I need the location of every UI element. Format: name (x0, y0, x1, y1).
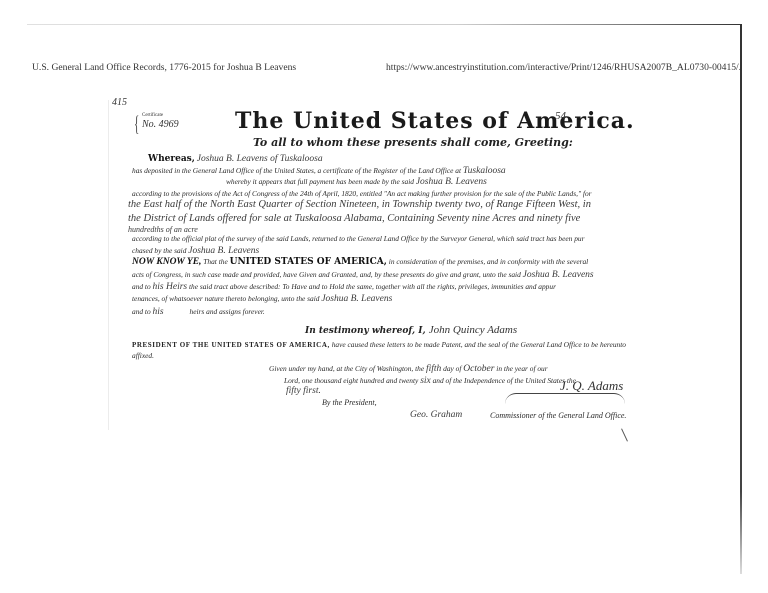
tenances-line: tenances, of whatsoever nature thereto b… (132, 294, 392, 304)
assigns-line: and to his heirs and assigns forever. (132, 307, 265, 317)
affixed-line: affixed. (132, 351, 154, 360)
given-line: Given under my hand, at the City of Wash… (269, 364, 548, 374)
salutation: To all to whom these presents shall come… (253, 136, 573, 149)
land-office-location: Tuskaloosa (463, 166, 506, 176)
signature-flourish (505, 393, 625, 404)
president-line: PRESIDENT OF THE UNITED STATES OF AMERIC… (132, 340, 626, 349)
commissioner-title: Commissioner of the General Land Office. (490, 411, 626, 420)
acreage-line: hundredths of an acre (128, 225, 198, 234)
month-value: October (463, 364, 494, 374)
certificate-number: No. 4969 (142, 119, 179, 130)
district-line: the District of Lands offered for sale a… (128, 213, 580, 224)
document-title: The United States of America. (235, 108, 635, 134)
by-the-president: By the President, (322, 398, 377, 407)
land-description-line: the East half of the North East Quarter … (128, 199, 591, 210)
heirs-line: and to his Heirs the said tract above de… (132, 282, 556, 292)
commissioner-signature: Geo. Graham (410, 410, 462, 420)
stray-mark (621, 428, 628, 441)
president-signature: J. Q. Adams (560, 378, 623, 394)
land-patent-document: 415 { Certificate No. 4969 The United St… (0, 0, 768, 593)
now-know-ye-line: NOW KNOW YE, That the UNITED STATES OF A… (132, 257, 588, 267)
act-line: according to the provisions of the Act o… (132, 189, 592, 198)
whereas-line: Whereas, Joshua B. Leavens of Tuskaloosa (148, 154, 323, 164)
grant-line: acts of Congress, in such case made and … (132, 270, 594, 280)
year-line: Lord, one thousand eight hundred and twe… (284, 376, 576, 386)
testimony-line: In testimony whereof, I, John Quincy Ada… (305, 324, 517, 336)
grantee-name: Joshua B. Leavens of Tuskaloosa (197, 154, 323, 164)
page-number: 415 (112, 97, 127, 108)
deposit-line: has deposited in the General Land Office… (132, 166, 506, 176)
year-value: six (420, 376, 431, 386)
day-value: fifth (426, 364, 441, 374)
president-name: John Quincy Adams (429, 324, 517, 336)
independence-year-line: fifty first. (286, 386, 321, 396)
payment-line: whereby it appears that full payment has… (226, 177, 487, 187)
corner-annotation: 54 (555, 110, 566, 122)
survey-line: according to the official plat of the su… (132, 234, 584, 243)
commissioner-signature-line: Geo. Graham (410, 410, 462, 420)
certificate-label: Certificate (142, 113, 163, 118)
brace-icon: { (134, 111, 139, 137)
purchased-line: chased by the said Joshua B. Leavens (132, 246, 259, 256)
